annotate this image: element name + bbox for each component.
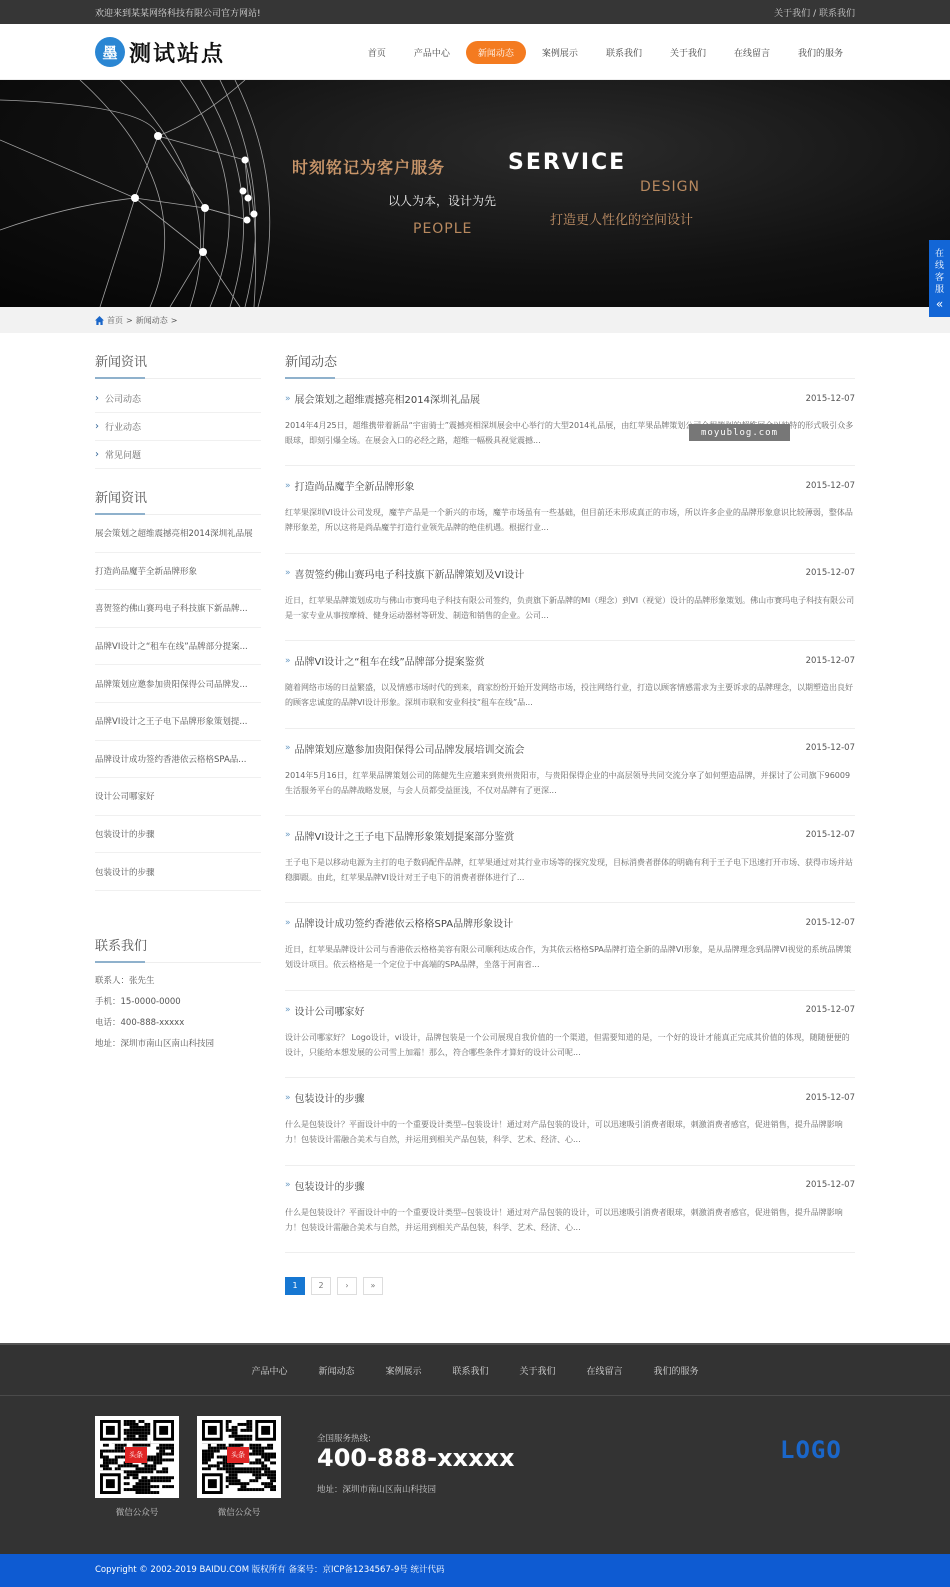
news-summary: 近日，红苹果品牌策划成功与佛山市赛玛电子科技有限公司签约，负责旗下新品牌的MI（… <box>285 593 855 623</box>
qr-label-2: 微信公众号 <box>197 1506 281 1518</box>
nav-news[interactable]: 新闻动态 <box>466 41 526 64</box>
chevron-right-icon: › <box>95 421 99 432</box>
copyright-bar: Copyright © 2002-2019 BAIDU.COM 版权所有 备案号… <box>0 1554 950 1587</box>
hotline-label: 全国服务热线: <box>317 1432 371 1444</box>
breadcrumb-current[interactable]: 新闻动态 <box>136 315 168 326</box>
sidebar-news-item[interactable]: 品牌VI设计之“租车在线”品牌部分提案... <box>95 628 261 666</box>
news-date: 2015-12-07 <box>806 394 855 404</box>
news-title-row: »品牌策划应邀参加贵阳保得公司品牌发展培训交流会2015-12-07 <box>285 741 855 756</box>
nav-services[interactable]: 我们的服务 <box>786 41 855 64</box>
news-title-row: »品牌设计成功签约香港依云格格SPA品牌形象设计2015-12-07 <box>285 915 855 930</box>
nav-products[interactable]: 产品中心 <box>402 41 462 64</box>
news-title: 品牌设计成功签约香港依云格格SPA品牌形象设计 <box>295 915 514 930</box>
banner-slogan-1: 时刻铭记为客户服务 <box>292 155 445 178</box>
sidebar-categories-title: 新闻资讯 <box>95 347 261 379</box>
footer-nav-products[interactable]: 产品中心 <box>251 1364 287 1377</box>
news-title-row: »展会策划之超维震撼亮相2014深圳礼品展2015-12-07 <box>285 391 855 406</box>
news-title-link[interactable]: »喜贺签约佛山赛玛电子科技旗下新品牌策划及VI设计 <box>285 566 524 581</box>
footer-nav-message[interactable]: 在线留言 <box>587 1364 623 1377</box>
news-summary: 什么是包装设计？平面设计中的一个重要设计类型--包装设计！通过对产品包装的设计，… <box>285 1117 855 1147</box>
news-item: »包装设计的步骤2015-12-07什么是包装设计？平面设计中的一个重要设计类型… <box>285 1078 855 1165</box>
main-nav: 首页 产品中心 新闻动态 案例展示 联系我们 关于我们 在线留言 我们的服务 <box>356 41 855 64</box>
news-title: 喜贺签约佛山赛玛电子科技旗下新品牌策划及VI设计 <box>295 566 525 581</box>
breadcrumb-separator: > <box>171 316 178 325</box>
news-title: 品牌VI设计之“租车在线”品牌部分提案鉴赏 <box>295 653 485 668</box>
banner-slogan-3: 打造更人性化的空间设计 <box>550 209 693 228</box>
logo-badge-icon: 墨 <box>95 37 125 67</box>
page-1-button[interactable]: 1 <box>285 1277 305 1295</box>
nav-message[interactable]: 在线留言 <box>722 41 782 64</box>
site-logo[interactable]: 墨 测试站点 <box>95 37 225 68</box>
home-icon <box>95 316 104 325</box>
contact-info: 联系人：张先生 手机：15-0000-0000 电话：400-888-xxxxx… <box>95 963 261 1055</box>
welcome-text: 欢迎来到某某网络科技有限公司官方网站! <box>95 6 261 19</box>
top-link-about[interactable]: 关于我们 <box>774 9 810 19</box>
double-arrow-icon: » <box>285 1005 291 1015</box>
footer-address: 地址：深圳市南山区南山科技园 <box>317 1483 436 1495</box>
footer-logo: LOGO <box>780 1436 842 1464</box>
double-arrow-icon: » <box>285 1093 291 1103</box>
news-title-link[interactable]: »品牌VI设计之“租车在线”品牌部分提案鉴赏 <box>285 653 485 668</box>
sidebar-news-item[interactable]: 包装设计的步骤 <box>95 816 261 854</box>
news-date: 2015-12-07 <box>806 830 855 840</box>
news-item: »展会策划之超维震撼亮相2014深圳礼品展2015-12-072014年4月25… <box>285 379 855 466</box>
sidebar-news-item[interactable]: 展会策划之超维震撼亮相2014深圳礼品展 <box>95 515 261 553</box>
category-label: 行业动态 <box>105 420 141 433</box>
news-item: »品牌策划应邀参加贵阳保得公司品牌发展培训交流会2015-12-072014年5… <box>285 729 855 816</box>
news-title-row: »品牌VI设计之“租车在线”品牌部分提案鉴赏2015-12-07 <box>285 653 855 668</box>
qr-badge: 头条 <box>125 1447 147 1463</box>
news-title-row: »包装设计的步骤2015-12-07 <box>285 1090 855 1105</box>
news-title-row: »打造尚品魔芋全新品牌形象2015-12-07 <box>285 478 855 493</box>
float-char: 线 <box>935 260 944 272</box>
news-item: »打造尚品魔芋全新品牌形象2015-12-07红苹果深圳VI设计公司发现，魔芋产… <box>285 466 855 553</box>
network-globe-graphic <box>0 80 300 307</box>
news-date: 2015-12-07 <box>806 1180 855 1190</box>
news-summary: 2014年5月16日，红苹果品牌策划公司的陈健先生应邀来到贵州贵阳市，与贵阳保得… <box>285 768 855 798</box>
qr-code-2: 头条 <box>197 1416 281 1498</box>
news-item: »喜贺签约佛山赛玛电子科技旗下新品牌策划及VI设计2015-12-07近日，红苹… <box>285 554 855 641</box>
banner-design: DESIGN <box>640 179 700 195</box>
sidebar-news-item[interactable]: 品牌策划应邀参加贵阳保得公司品牌发... <box>95 665 261 703</box>
sidebar-news-item[interactable]: 包装设计的步骤 <box>95 853 261 891</box>
news-date: 2015-12-07 <box>806 1093 855 1103</box>
news-summary: 随着网络市场的日益繁盛，以及情感市场时代的到来，商家纷纷开始开发网络市场，投注网… <box>285 680 855 710</box>
double-arrow-icon: » <box>285 568 291 578</box>
news-date: 2015-12-07 <box>806 743 855 753</box>
news-summary: 什么是包装设计？平面设计中的一个重要设计类型--包装设计！通过对产品包装的设计，… <box>285 1205 855 1235</box>
category-list: ›公司动态 ›行业动态 ›常见问题 <box>95 385 261 469</box>
logo-text: 测试站点 <box>129 37 225 68</box>
news-title: 打造尚品魔芋全新品牌形象 <box>295 478 415 493</box>
news-title-link[interactable]: »设计公司哪家好 <box>285 1003 365 1018</box>
news-item: »品牌VI设计之“租车在线”品牌部分提案鉴赏2015-12-07随着网络市场的日… <box>285 641 855 728</box>
breadcrumb-separator: > <box>126 316 133 325</box>
online-service-button[interactable]: 在 线 客 服 « <box>929 240 950 317</box>
sidebar-news-item[interactable]: 设计公司哪家好 <box>95 778 261 816</box>
footer-nav-contact[interactable]: 联系我们 <box>452 1364 488 1377</box>
sidebar: 新闻资讯 ›公司动态 ›行业动态 ›常见问题 新闻资讯 展会策划之超维震撼亮相2… <box>95 347 261 1295</box>
category-item[interactable]: ›常见问题 <box>95 441 261 469</box>
qr-code-1: 头条 <box>95 1416 179 1498</box>
last-page-button[interactable]: » <box>363 1277 383 1295</box>
sidebar-news-item[interactable]: 品牌VI设计之王子电下品牌形象策划提... <box>95 703 261 741</box>
news-title-link[interactable]: »打造尚品魔芋全新品牌形象 <box>285 478 415 493</box>
qr-label-1: 微信公众号 <box>95 1506 179 1518</box>
nav-home[interactable]: 首页 <box>356 41 398 64</box>
page-2-button[interactable]: 2 <box>311 1277 331 1295</box>
news-date: 2015-12-07 <box>806 918 855 928</box>
chevron-right-icon: › <box>95 449 99 460</box>
float-char: 在 <box>935 248 944 260</box>
news-title-row: »品牌VI设计之王子电下品牌形象策划提案部分鉴赏2015-12-07 <box>285 828 855 843</box>
contact-person: 联系人：张先生 <box>95 971 261 992</box>
news-title: 品牌VI设计之王子电下品牌形象策划提案部分鉴赏 <box>295 828 515 843</box>
double-arrow-icon: » <box>285 743 291 753</box>
sidebar-news-item[interactable]: 打造尚品魔芋全新品牌形象 <box>95 553 261 591</box>
news-date: 2015-12-07 <box>806 568 855 578</box>
separator: / <box>813 9 816 19</box>
footer-nav-news[interactable]: 新闻动态 <box>318 1364 354 1377</box>
float-char: 客 <box>935 272 944 284</box>
news-summary: 王子电下是以移动电源为主打的电子数码配件品牌，红苹果通过对其行业市场等的探究发现… <box>285 855 855 885</box>
footer-nav: 产品中心 新闻动态 案例展示 联系我们 关于我们 在线留言 我们的服务 <box>0 1343 950 1396</box>
double-chevron-left-icon: « <box>936 298 943 310</box>
nav-cases[interactable]: 案例展示 <box>530 41 590 64</box>
pagination: 1 2 › » <box>285 1277 855 1295</box>
copyright-text: Copyright © 2002-2019 BAIDU.COM 版权所有 备案号… <box>95 1554 855 1587</box>
category-label: 常见问题 <box>105 448 141 461</box>
double-arrow-icon: » <box>285 394 291 404</box>
news-title-link[interactable]: »包装设计的步骤 <box>285 1178 365 1193</box>
main-area: 新闻资讯 ›公司动态 ›行业动态 ›常见问题 新闻资讯 展会策划之超维震撼亮相2… <box>95 333 855 1295</box>
top-bar: 欢迎来到某某网络科技有限公司官方网站! 关于我们 / 联系我们 <box>0 0 950 24</box>
qr-badge: 头条 <box>227 1447 249 1463</box>
double-arrow-icon: » <box>285 830 291 840</box>
breadcrumb-home[interactable]: 首页 <box>107 315 123 326</box>
sidebar-contact-title: 联系我们 <box>95 931 261 963</box>
hotline-number: 400-888-xxxxx <box>317 1444 515 1472</box>
news-title-row: »包装设计的步骤2015-12-07 <box>285 1178 855 1193</box>
banner-service: SERVICE <box>508 150 626 175</box>
double-arrow-icon: » <box>285 1180 291 1190</box>
news-title: 设计公司哪家好 <box>295 1003 365 1018</box>
double-arrow-icon: » <box>285 656 291 666</box>
news-date: 2015-12-07 <box>806 481 855 491</box>
news-content: 新闻动态 »展会策划之超维震撼亮相2014深圳礼品展2015-12-072014… <box>285 347 855 1295</box>
sidebar-news-title: 新闻资讯 <box>95 483 261 515</box>
sidebar-news-list: 展会策划之超维震撼亮相2014深圳礼品展 打造尚品魔芋全新品牌形象 喜贺签约佛山… <box>95 515 261 891</box>
content-title: 新闻动态 <box>285 347 855 379</box>
category-item[interactable]: ›行业动态 <box>95 413 261 441</box>
news-title-link[interactable]: »包装设计的步骤 <box>285 1090 365 1105</box>
news-title: 品牌策划应邀参加贵阳保得公司品牌发展培训交流会 <box>295 741 525 756</box>
hero-banner: 时刻铭记为客户服务 SERVICE DESIGN 以人为本，设计为先 打造更人性… <box>0 80 950 307</box>
chevron-right-icon: › <box>95 393 99 404</box>
footer-nav-cases[interactable]: 案例展示 <box>385 1364 421 1377</box>
news-title: 包装设计的步骤 <box>295 1090 365 1105</box>
footer-nav-about[interactable]: 关于我们 <box>520 1364 556 1377</box>
banner-people: PEOPLE <box>413 221 472 237</box>
news-title-row: »喜贺签约佛山赛玛电子科技旗下新品牌策划及VI设计2015-12-07 <box>285 566 855 581</box>
contact-address: 地址：深圳市南山区南山科技园 <box>95 1034 261 1055</box>
double-arrow-icon: » <box>285 918 291 928</box>
float-char: 服 <box>935 284 944 296</box>
news-title: 包装设计的步骤 <box>295 1178 365 1193</box>
news-date: 2015-12-07 <box>806 1005 855 1015</box>
news-item: »设计公司哪家好2015-12-07设计公司哪家好？ Logo设计，vi设计，品… <box>285 991 855 1078</box>
top-links: 关于我们 / 联系我们 <box>774 6 855 19</box>
news-title: 展会策划之超维震撼亮相2014深圳礼品展 <box>295 391 480 406</box>
category-item[interactable]: ›公司动态 <box>95 385 261 413</box>
top-link-contact[interactable]: 联系我们 <box>819 9 855 19</box>
footer-nav-services[interactable]: 我们的服务 <box>654 1364 699 1377</box>
sidebar-news-item[interactable]: 品牌设计成功签约香港依云格格SPA品... <box>95 741 261 779</box>
news-title-link[interactable]: »展会策划之超维震撼亮相2014深圳礼品展 <box>285 391 480 406</box>
sidebar-news-item[interactable]: 喜贺签约佛山赛玛电子科技旗下新品牌... <box>95 590 261 628</box>
news-summary: 近日，红苹果品牌设计公司与香港依云格格美容有限公司顺利达成合作，为其依云格格SP… <box>285 942 855 972</box>
article-list: »展会策划之超维震撼亮相2014深圳礼品展2015-12-072014年4月25… <box>285 379 855 1253</box>
news-item: »品牌VI设计之王子电下品牌形象策划提案部分鉴赏2015-12-07王子电下是以… <box>285 816 855 903</box>
category-label: 公司动态 <box>105 392 141 405</box>
watermark: moyublog.com <box>689 424 790 441</box>
news-item: »包装设计的步骤2015-12-07什么是包装设计？平面设计中的一个重要设计类型… <box>285 1166 855 1253</box>
next-page-button[interactable]: › <box>337 1277 357 1295</box>
header: 墨 测试站点 首页 产品中心 新闻动态 案例展示 联系我们 关于我们 在线留言 … <box>0 24 950 80</box>
double-arrow-icon: » <box>285 481 291 491</box>
news-title-link[interactable]: »品牌策划应邀参加贵阳保得公司品牌发展培训交流会 <box>285 741 525 756</box>
nav-contact[interactable]: 联系我们 <box>594 41 654 64</box>
news-date: 2015-12-07 <box>806 656 855 666</box>
banner-slogan-2: 以人为本，设计为先 <box>388 192 496 209</box>
footer-main: 头条 微信公众号 头条 微信公众号 全国服务热线: 400-888-xxxxx … <box>0 1396 950 1554</box>
nav-about[interactable]: 关于我们 <box>658 41 718 64</box>
contact-phone: 电话：400-888-xxxxx <box>95 1013 261 1034</box>
news-item: »品牌设计成功签约香港依云格格SPA品牌形象设计2015-12-07近日，红苹果… <box>285 903 855 990</box>
news-summary: 红苹果深圳VI设计公司发现，魔芋产品是一个新兴的市场，魔芋市场虽有一些基础，但目… <box>285 505 855 535</box>
news-title-row: »设计公司哪家好2015-12-07 <box>285 1003 855 1018</box>
news-title-link[interactable]: »品牌VI设计之王子电下品牌形象策划提案部分鉴赏 <box>285 828 514 843</box>
news-summary: 设计公司哪家好？ Logo设计，vi设计，品牌包装是一个公司展现自我价值的一个渠… <box>285 1030 855 1060</box>
news-title-link[interactable]: »品牌设计成功签约香港依云格格SPA品牌形象设计 <box>285 915 513 930</box>
breadcrumb: 首页 > 新闻动态 > <box>0 307 950 333</box>
contact-mobile: 手机：15-0000-0000 <box>95 992 261 1013</box>
